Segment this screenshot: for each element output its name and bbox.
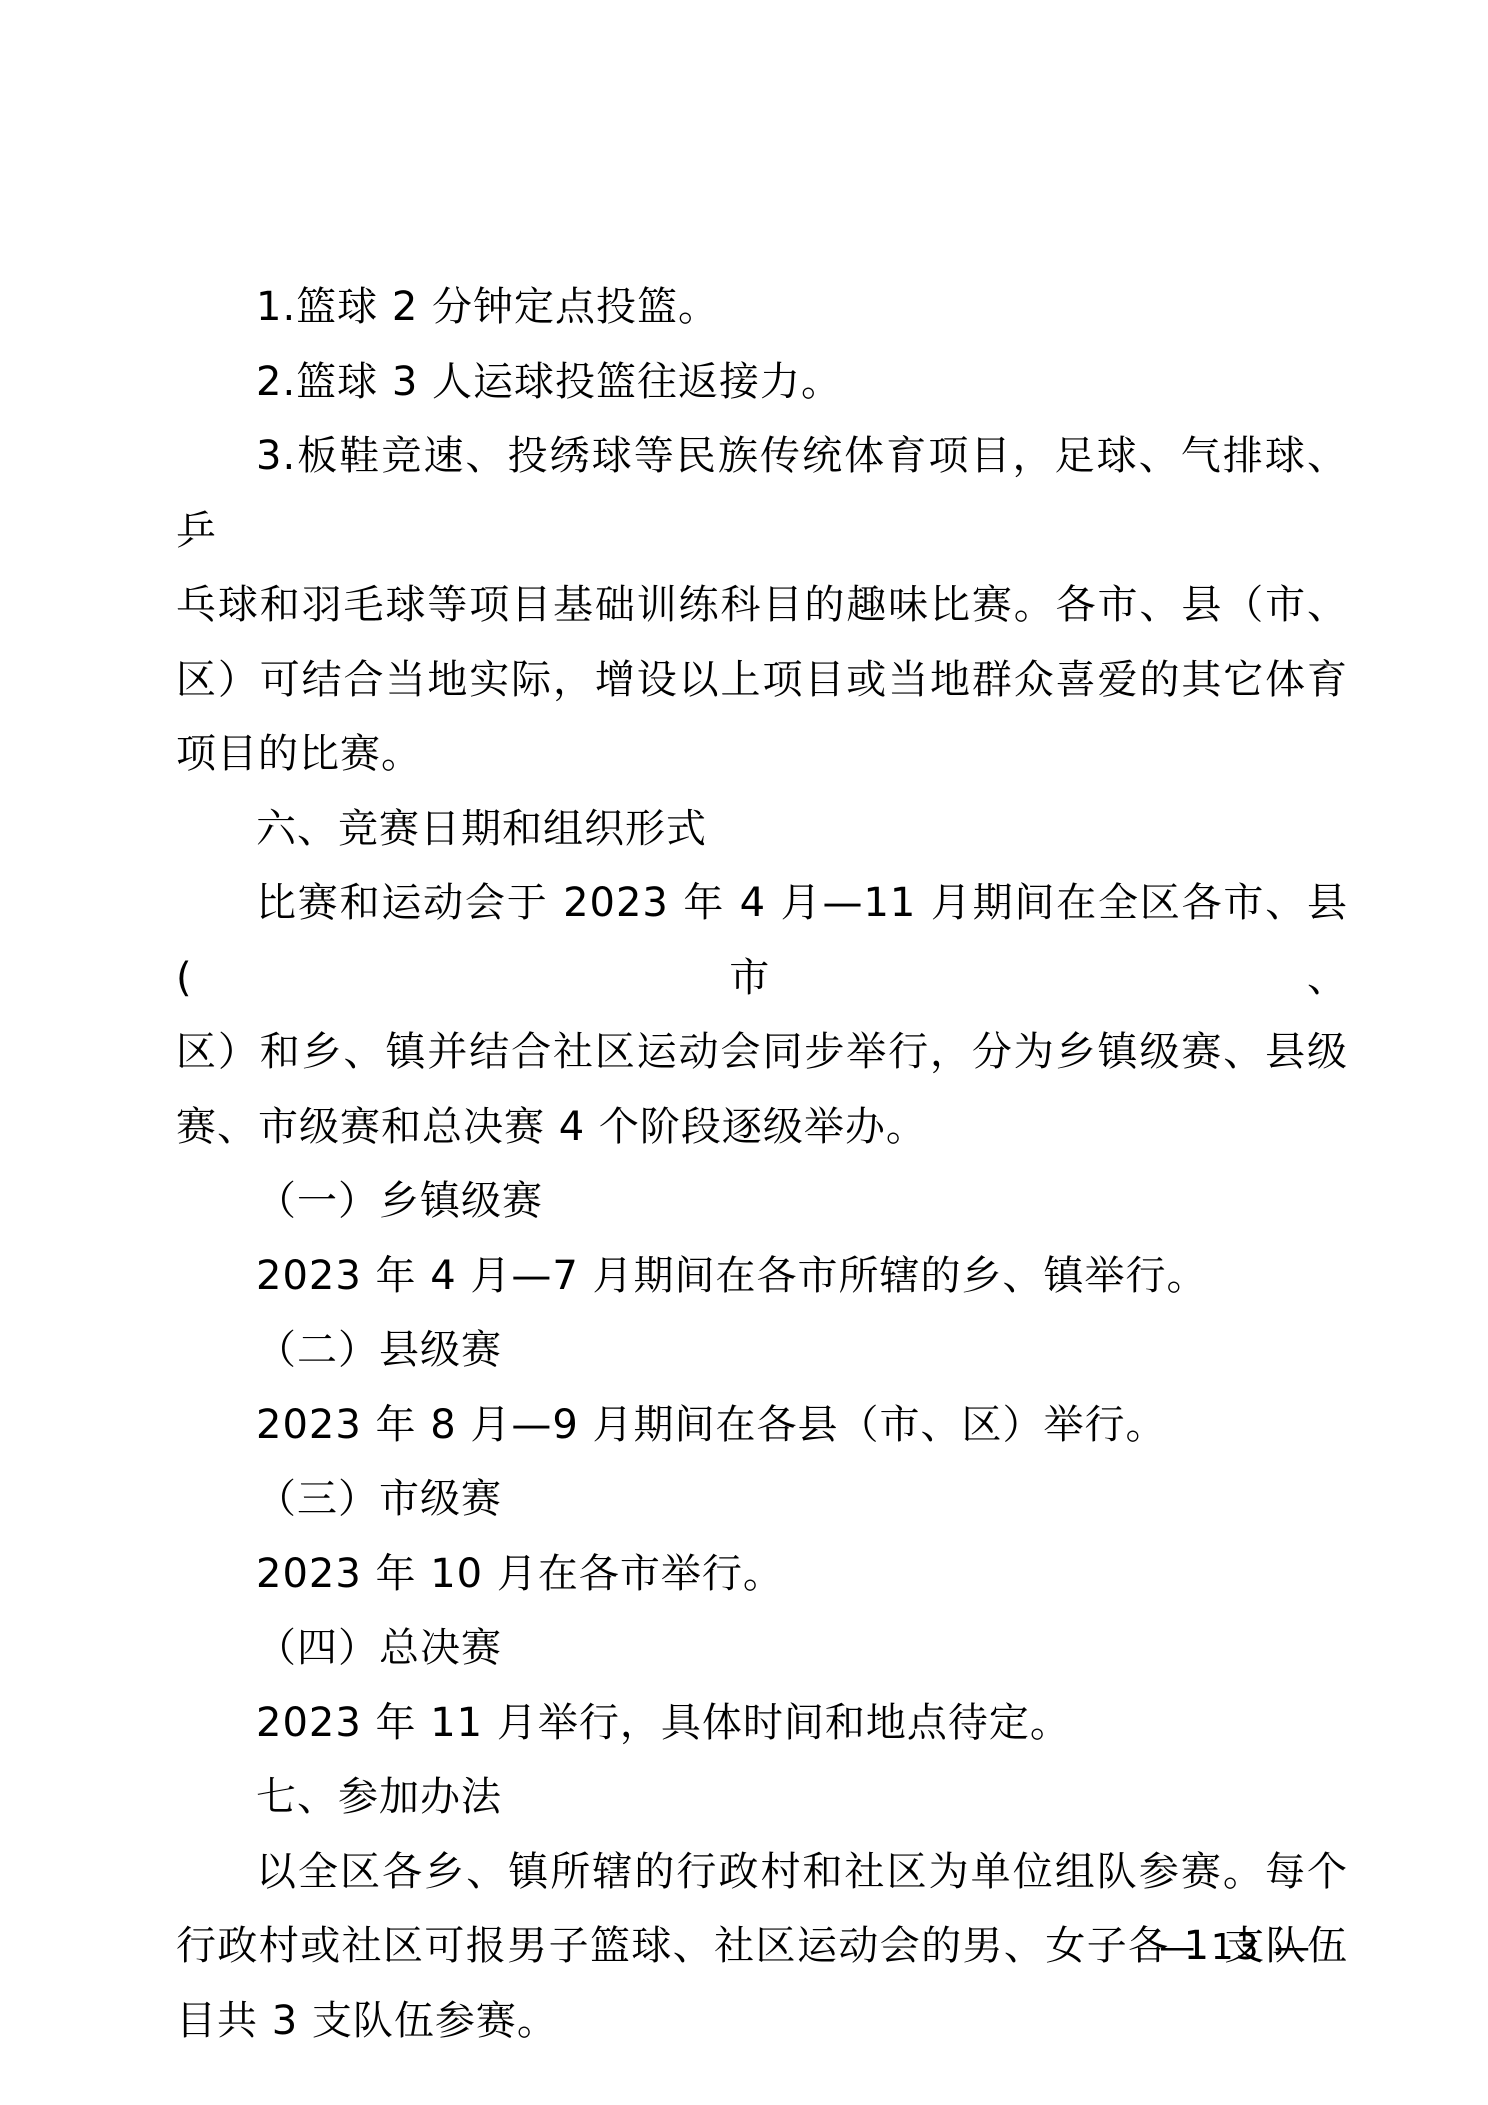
text-line: 2023 年 11 月举行，具体时间和地点待定。	[176, 1686, 1348, 1761]
text-line: 目共 3 支队伍参赛。	[176, 1984, 1348, 2059]
text-line: 2023 年 8 月—9 月期间在各县（市、区）举行。	[176, 1388, 1348, 1463]
text-line: 1.篮球 2 分钟定点投篮。	[176, 270, 1348, 345]
text-line: 项目的比赛。	[176, 717, 1348, 792]
text-line: 以全区各乡、镇所辖的行政村和社区为单位组队参赛。每个	[176, 1835, 1348, 1910]
text-line: （一）乡镇级赛	[176, 1164, 1348, 1239]
text-line: 区）和乡、镇并结合社区运动会同步举行，分为乡镇级赛、县级	[176, 1015, 1348, 1090]
text-line: 六、竞赛日期和组织形式	[176, 792, 1348, 867]
page-number: — 13 —	[1159, 1926, 1312, 1970]
text-line: （二）县级赛	[176, 1313, 1348, 1388]
text-line: 2023 年 4 月—7 月期间在各市所辖的乡、镇举行。	[176, 1239, 1348, 1314]
text-line: 赛、市级赛和总决赛 4 个阶段逐级举办。	[176, 1090, 1348, 1165]
text-line: 3.板鞋竞速、投绣球等民族传统体育项目，足球、气排球、乒	[176, 419, 1348, 568]
document-page: 1.篮球 2 分钟定点投篮。2.篮球 3 人运球投篮往返接力。3.板鞋竞速、投绣…	[0, 0, 1488, 2105]
text-line: 七、参加办法	[176, 1760, 1348, 1835]
text-line: 乓球和羽毛球等项目基础训练科目的趣味比赛。各市、县（市、	[176, 568, 1348, 643]
text-line: 2023 年 10 月在各市举行。	[176, 1537, 1348, 1612]
text-line: （三）市级赛	[176, 1462, 1348, 1537]
text-line: 比赛和运动会于 2023 年 4 月—11 月期间在全区各市、县(市、	[176, 866, 1348, 1015]
text-line: （四）总决赛	[176, 1611, 1348, 1686]
text-line: 区）可结合当地实际，增设以上项目或当地群众喜爱的其它体育	[176, 643, 1348, 718]
text-line: 2.篮球 3 人运球投篮往返接力。	[176, 345, 1348, 420]
document-body: 1.篮球 2 分钟定点投篮。2.篮球 3 人运球投篮往返接力。3.板鞋竞速、投绣…	[176, 270, 1348, 2058]
